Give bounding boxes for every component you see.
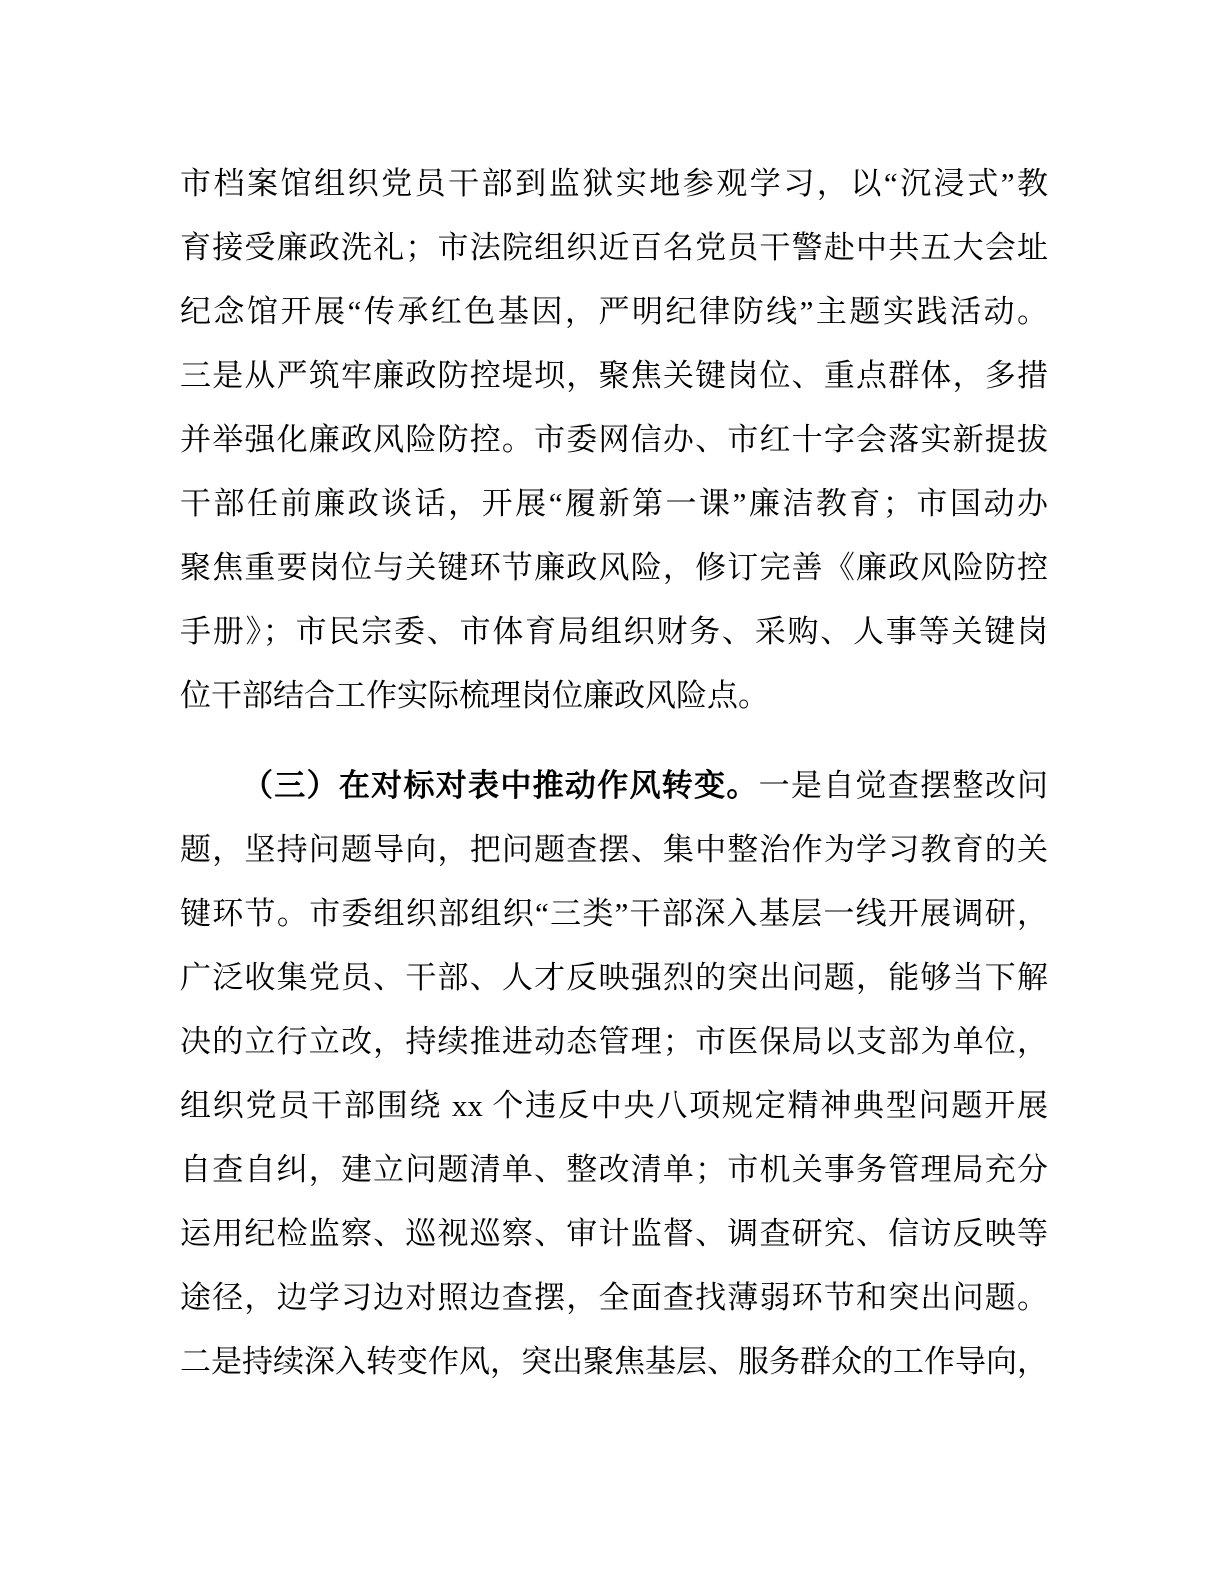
text-line: （三）在对标对表中推动作风转变。一是自觉查摆整改问 bbox=[180, 754, 1048, 818]
text-line: 市档案馆组织党员干部到监狱实地参观学习，以“沉浸式”教 bbox=[180, 152, 1048, 216]
paragraph-2: （三）在对标对表中推动作风转变。一是自觉查摆整改问 题，坚持问题导向，把问题查摆… bbox=[180, 754, 1048, 1394]
text-line: 决的立行立改，持续推进动态管理；市医保局以支部为单位， bbox=[180, 1010, 1048, 1074]
text-line: 组织党员干部围绕 xx 个违反中央八项规定精神典型问题开展 bbox=[180, 1074, 1048, 1138]
text-line: 纪念馆开展“传承红色基因，严明纪律防线”主题实践活动。 bbox=[180, 280, 1048, 344]
text-line: 自查自纠，建立问题清单、整改清单；市机关事务管理局充分 bbox=[180, 1138, 1048, 1202]
text-line: 运用纪检监察、巡视巡察、审计监督、调查研究、信访反映等 bbox=[180, 1202, 1048, 1266]
text-line: 题，坚持问题导向，把问题查摆、集中整治作为学习教育的关 bbox=[180, 818, 1048, 882]
text-line: 广泛收集党员、干部、人才反映强烈的突出问题，能够当下解 bbox=[180, 946, 1048, 1010]
text-line: 三是从严筑牢廉政防控堤坝，聚焦关键岗位、重点群体，多措 bbox=[180, 344, 1048, 408]
text-line: 聚焦重要岗位与关键环节廉政风险，修订完善《廉政风险防控 bbox=[180, 536, 1048, 600]
text-line: 干部任前廉政谈话，开展“履新第一课”廉洁教育；市国动办 bbox=[180, 472, 1048, 536]
text-line: 键环节。市委组织部组织“三类”干部深入基层一线开展调研， bbox=[180, 882, 1048, 946]
section-heading: （三）在对标对表中推动作风转变。 bbox=[242, 768, 759, 803]
document-page: 市档案馆组织党员干部到监狱实地参观学习，以“沉浸式”教 育接受廉政洗礼；市法院组… bbox=[0, 0, 1224, 1584]
text-line: 并举强化廉政风险防控。市委网信办、市红十字会落实新提拔 bbox=[180, 408, 1048, 472]
heading-tail-text: 一是自觉查摆整改问 bbox=[759, 768, 1048, 803]
text-line: 位干部结合工作实际梳理岗位廉政风险点。 bbox=[180, 664, 1048, 728]
text-line: 二是持续深入转变作风，突出聚焦基层、服务群众的工作导向， bbox=[180, 1330, 1048, 1394]
paragraph-1: 市档案馆组织党员干部到监狱实地参观学习，以“沉浸式”教 育接受廉政洗礼；市法院组… bbox=[180, 152, 1048, 728]
document-body: 市档案馆组织党员干部到监狱实地参观学习，以“沉浸式”教 育接受廉政洗礼；市法院组… bbox=[180, 152, 1048, 1394]
text-line: 育接受廉政洗礼；市法院组织近百名党员干警赴中共五大会址 bbox=[180, 216, 1048, 280]
text-line: 手册》；市民宗委、市体育局组织财务、采购、人事等关键岗 bbox=[180, 600, 1048, 664]
text-line: 途径，边学习边对照边查摆，全面查找薄弱环节和突出问题。 bbox=[180, 1266, 1048, 1330]
